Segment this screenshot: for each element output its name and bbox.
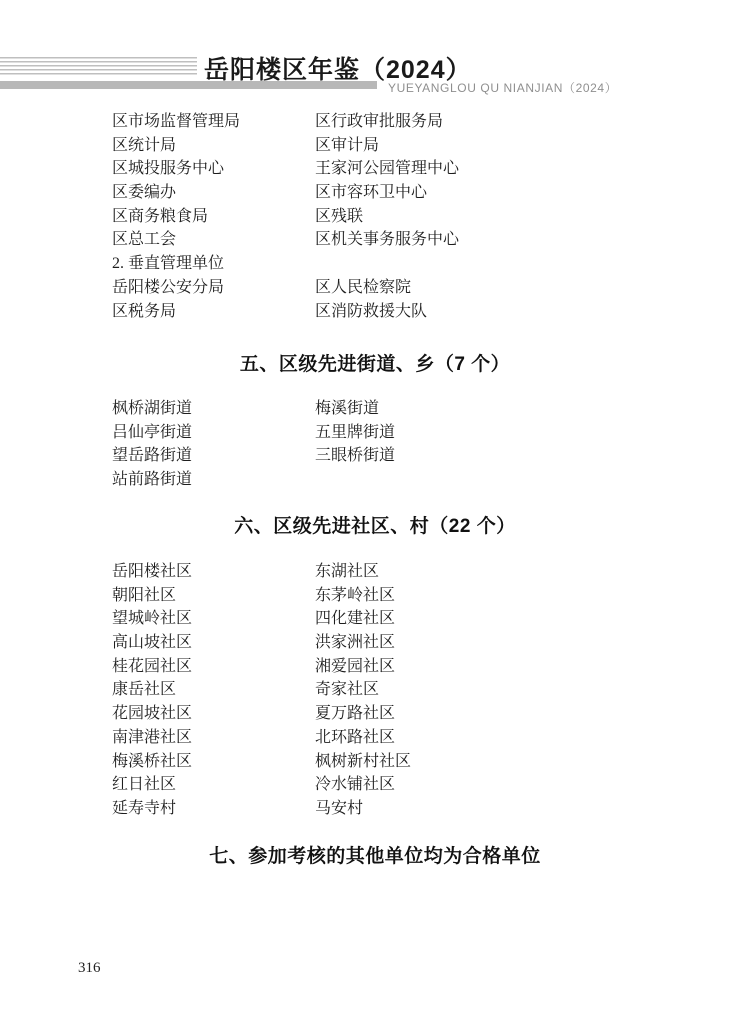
section6-heading: 六、区级先进社区、村（22 个） <box>0 511 750 538</box>
list-cell-right: 夏万路社区 <box>315 702 642 726</box>
list-cell-left: 枫桥湖街道 <box>112 397 315 421</box>
list-row: 高山坡社区洪家洲社区 <box>112 631 642 655</box>
list-row: 红日社区冷水铺社区 <box>112 773 642 797</box>
list-row: 朝阳社区东茅岭社区 <box>112 584 642 608</box>
list-row: 望城岭社区四化建社区 <box>112 607 642 631</box>
page-number: 316 <box>78 960 101 977</box>
list-cell-left: 望城岭社区 <box>112 607 315 631</box>
list-cell-left: 花园坡社区 <box>112 702 315 726</box>
yearbook-title-pinyin: YUEYANGLOU QU NIANJIAN（2024） <box>388 79 617 96</box>
list-cell-right: 冷水铺社区 <box>315 773 642 797</box>
list-cell-right: 五里牌街道 <box>315 421 642 445</box>
list-row: 康岳社区奇家社区 <box>112 678 642 702</box>
unit-list-part2: 岳阳楼公安分局区人民检察院区税务局区消防救援大队 <box>112 276 642 323</box>
vertical-units-subheading: 2. 垂直管理单位 <box>112 252 642 276</box>
list-cell-right: 区市容环卫中心 <box>315 181 642 205</box>
list-cell-left: 区市场监督管理局 <box>112 110 315 134</box>
list-row: 区城投服务中心王家河公园管理中心 <box>112 157 642 181</box>
list-cell-right: 三眼桥街道 <box>315 444 642 468</box>
community-list-block: 岳阳楼社区东湖社区朝阳社区东茅岭社区望城岭社区四化建社区高山坡社区洪家洲社区桂花… <box>112 560 642 821</box>
list-row: 区委编办区市容环卫中心 <box>112 181 642 205</box>
list-cell-left: 区统计局 <box>112 134 315 158</box>
list-cell-left: 红日社区 <box>112 773 315 797</box>
list-cell-right: 四化建社区 <box>315 607 642 631</box>
list-row: 吕仙亭街道五里牌街道 <box>112 421 642 445</box>
list-row: 区总工会区机关事务服务中心 <box>112 228 642 252</box>
list-cell-left: 梅溪桥社区 <box>112 750 315 774</box>
list-cell-right: 区消防救援大队 <box>315 300 642 324</box>
list-cell-left: 站前路街道 <box>112 468 315 492</box>
list-cell-right: 东茅岭社区 <box>315 584 642 608</box>
list-cell-left: 岳阳楼公安分局 <box>112 276 315 300</box>
section7-heading: 七、参加考核的其他单位均为合格单位 <box>0 841 750 868</box>
list-row: 花园坡社区夏万路社区 <box>112 702 642 726</box>
list-cell-right: 王家河公园管理中心 <box>315 157 642 181</box>
section5-heading: 五、区级先进街道、乡（7 个） <box>0 349 750 376</box>
list-cell-right: 区行政审批服务局 <box>315 110 642 134</box>
list-row: 区商务粮食局区残联 <box>112 205 642 229</box>
unit-list-block: 区市场监督管理局区行政审批服务局区统计局区审计局区城投服务中心王家河公园管理中心… <box>112 110 642 323</box>
list-cell-left: 区商务粮食局 <box>112 205 315 229</box>
list-cell-left: 区总工会 <box>112 228 315 252</box>
list-row: 延寿寺村马安村 <box>112 797 642 821</box>
list-cell-right: 奇家社区 <box>315 678 642 702</box>
list-cell-right: 梅溪街道 <box>315 397 642 421</box>
list-row: 望岳路街道三眼桥街道 <box>112 444 642 468</box>
list-row: 岳阳楼公安分局区人民检察院 <box>112 276 642 300</box>
list-cell-right: 区审计局 <box>315 134 642 158</box>
list-cell-left: 望岳路街道 <box>112 444 315 468</box>
list-cell-right: 枫树新村社区 <box>315 750 642 774</box>
list-cell-left: 区委编办 <box>112 181 315 205</box>
list-row: 南津港社区北环路社区 <box>112 726 642 750</box>
list-cell-left: 区税务局 <box>112 300 315 324</box>
header-stripes-decoration <box>0 57 197 75</box>
unit-list-part1: 区市场监督管理局区行政审批服务局区统计局区审计局区城投服务中心王家河公园管理中心… <box>112 110 642 252</box>
list-cell-left: 岳阳楼社区 <box>112 560 315 584</box>
list-row: 桂花园社区湘爱园社区 <box>112 655 642 679</box>
list-cell-right: 湘爱园社区 <box>315 655 642 679</box>
list-cell-left: 吕仙亭街道 <box>112 421 315 445</box>
list-row: 梅溪桥社区枫树新村社区 <box>112 750 642 774</box>
list-row: 区统计局区审计局 <box>112 134 642 158</box>
list-cell-right: 洪家洲社区 <box>315 631 642 655</box>
list-cell-left: 康岳社区 <box>112 678 315 702</box>
list-cell-left: 区城投服务中心 <box>112 157 315 181</box>
list-cell-right: 区残联 <box>315 205 642 229</box>
list-row: 区税务局区消防救援大队 <box>112 300 642 324</box>
list-row: 岳阳楼社区东湖社区 <box>112 560 642 584</box>
list-cell-left: 南津港社区 <box>112 726 315 750</box>
list-row: 枫桥湖街道梅溪街道 <box>112 397 642 421</box>
list-cell-right: 马安村 <box>315 797 642 821</box>
list-row: 区市场监督管理局区行政审批服务局 <box>112 110 642 134</box>
list-cell-left: 朝阳社区 <box>112 584 315 608</box>
list-cell-right <box>315 468 642 492</box>
list-cell-left: 高山坡社区 <box>112 631 315 655</box>
list-row: 站前路街道 <box>112 468 642 492</box>
list-cell-left: 延寿寺村 <box>112 797 315 821</box>
list-cell-left: 桂花园社区 <box>112 655 315 679</box>
street-list-block: 枫桥湖街道梅溪街道吕仙亭街道五里牌街道望岳路街道三眼桥街道站前路街道 <box>112 397 642 492</box>
list-cell-right: 东湖社区 <box>315 560 642 584</box>
list-cell-right: 区机关事务服务中心 <box>315 228 642 252</box>
list-cell-right: 区人民检察院 <box>315 276 642 300</box>
list-cell-right: 北环路社区 <box>315 726 642 750</box>
